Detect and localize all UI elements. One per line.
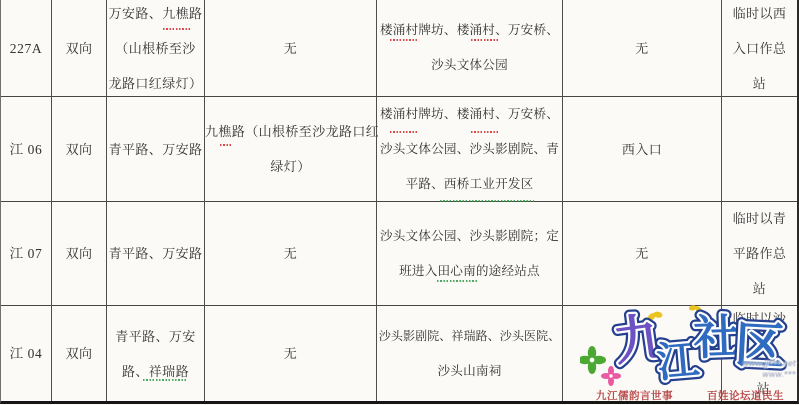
cell-direction: 双向 <box>52 306 107 401</box>
cell-affected-stops: 沙头文体公园、沙头影剧院；定 班进入田心南的途经站点 <box>377 202 563 306</box>
cell-closed-section: 无 <box>205 0 377 97</box>
cell-affected-stops: 楼涌村牌坊、楼涌村、万安桥、 沙头文体公园 <box>377 0 563 97</box>
cell-direction: 双向 <box>52 202 107 306</box>
cell-affected-stops: 沙头影剧院、祥瑞路、沙头医院、 沙头山南祠 <box>377 306 563 401</box>
cell-direction: 双向 <box>52 0 107 97</box>
cell-roads: 万安路、九樵路 （山根桥至沙 龙路口红绿灯） <box>107 0 205 97</box>
cell-direction: 双向 <box>52 97 107 202</box>
route-id: 江 07 <box>1 236 51 271</box>
cell-terminus-note: 临时以西 入口作总 站 <box>722 0 797 97</box>
cell-closed-section: 无 <box>205 202 377 306</box>
cell-route-id: 江 04 <box>1 306 52 401</box>
cell-terminus-note: 临时以沙 小 站 <box>722 306 797 401</box>
cell-route-id: 江 06 <box>1 97 52 202</box>
cell-entrance: 西入口 <box>563 97 722 202</box>
cell-closed-section: 九樵路（山根桥至沙龙路口红 绿灯） <box>205 97 377 202</box>
cell-closed-section: 无 <box>205 306 377 401</box>
cell-entrance <box>563 306 722 401</box>
cell-entrance: 无 <box>563 202 722 306</box>
route-id: 江 06 <box>1 132 51 167</box>
cell-route-id: 227A <box>1 0 52 97</box>
route-id: 227A <box>1 31 51 66</box>
cell-route-id: 江 07 <box>1 202 52 306</box>
cell-terminus-note: 临时以青 平路作总 站 <box>722 202 797 306</box>
route-id: 江 04 <box>1 336 51 371</box>
cell-terminus-note <box>722 97 797 202</box>
document-page: 227A 双向 万安路、九樵路 （山根桥至沙 龙路口红绿灯） 无 楼涌村牌坊、楼… <box>0 0 799 405</box>
cell-roads: 青平路、万安路 <box>107 97 205 202</box>
bus-route-table: 227A 双向 万安路、九樵路 （山根桥至沙 龙路口红绿灯） 无 楼涌村牌坊、楼… <box>0 0 799 404</box>
cell-affected-stops: 楼涌村牌坊、楼涌村、万安桥、 沙头文体公园、沙头影剧院、青 平路、西桥工业开发区 <box>377 97 563 202</box>
cell-roads: 青平路、万安路 <box>107 202 205 306</box>
cell-entrance: 无 <box>563 0 722 97</box>
cell-roads: 青平路、万安 路、祥瑞路 <box>107 306 205 401</box>
